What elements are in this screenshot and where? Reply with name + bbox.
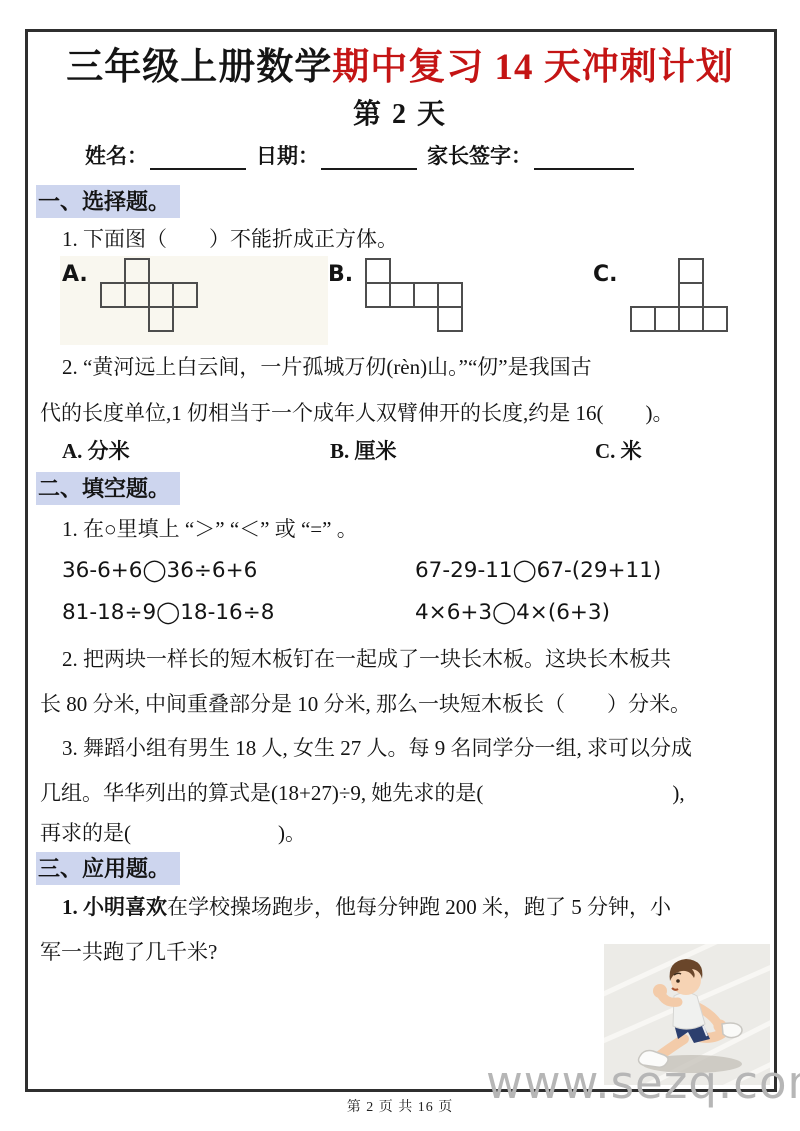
title-red-part: 期中复习 14 天冲刺计划 [332, 47, 734, 88]
net-option-c-label: C. [593, 262, 618, 287]
date-label: 日期： [256, 140, 319, 170]
fill-q1-text: 1. 在○里填上 “＞” “＜” 或 “=” 。 [62, 514, 358, 544]
net-option-b: B. [328, 258, 593, 345]
net-cell [100, 282, 126, 308]
net-cell [365, 258, 391, 284]
net-option-c: C. [593, 258, 726, 345]
comparison-expression-1: 36-6+6◯36÷6+6 [62, 558, 257, 583]
section-heading-choice-highlight: 一、选择题。 [36, 185, 180, 218]
net-cell [437, 306, 463, 332]
fill-q2-line1: 2. 把两块一样长的短木板钉在一起成了一块长木板。这块长木板共 [62, 644, 671, 674]
net-cell [678, 258, 704, 284]
fill-q3-line2: 几组。华华列出的算式是(18+27)÷9, 她先求的是( ), [40, 778, 685, 808]
application-q1-line2: 军一共跑了几千米? [40, 937, 217, 967]
application-q1-line1-rest: 在学校操场跑步，他每分钟跑 200 米，跑了 5 分钟，小 [167, 895, 671, 919]
net-cell [437, 282, 463, 308]
section-heading-application-highlight: 三、应用题。 [36, 852, 180, 885]
header-fields-row: 姓名： 日期： 家长签字： [85, 140, 634, 170]
cube-net-options-row: A. B. C. [62, 258, 726, 345]
comparison-expression-3: 81-18÷9◯18-16÷8 [62, 600, 274, 625]
net-option-a: A. [60, 256, 328, 345]
signature-blank-line [534, 144, 634, 170]
day-subtitle: 第 2 天 [0, 92, 800, 132]
choice-q2-option-a: A. 分米 [62, 435, 330, 465]
net-cell [124, 282, 150, 308]
choice-q2-line1: 2. “黄河远上白云间，一片孤城万仞(rèn)山。”“仞”是我国古 [62, 352, 592, 382]
date-blank-line [321, 144, 417, 170]
application-q1-line1: 1. 小明喜欢在学校操场跑步，他每分钟跑 200 米，跑了 5 分钟，小 [62, 892, 671, 922]
net-cell [654, 306, 680, 332]
net-cell [172, 282, 198, 308]
net-cell [389, 282, 415, 308]
comparison-expression-4: 4×6+3◯4×(6+3) [415, 600, 610, 625]
net-cell [148, 282, 174, 308]
comparison-expression-2: 67-29-11◯67-(29+11) [415, 558, 661, 583]
cube-net-diagram-a [100, 258, 196, 331]
cube-net-diagram-b [365, 258, 461, 331]
net-cell [148, 306, 174, 332]
name-blank-line [150, 144, 246, 170]
net-cell [678, 306, 704, 332]
section-heading-fill-highlight: 二、填空题。 [36, 472, 180, 505]
signature-label: 家长签字： [427, 140, 532, 170]
choice-q1-text: 1. 下面图（ ）不能折成正方体。 [62, 224, 398, 254]
application-q1-bold-part: 1. 小明喜欢 [62, 895, 167, 919]
worksheet-canvas: 三年级上册数学期中复习 14 天冲刺计划 第 2 天 姓名： 日期： 家长签字：… [0, 0, 800, 1131]
net-cell [124, 258, 150, 284]
title-black-part: 三年级上册数学 [66, 47, 332, 88]
net-cell [365, 282, 391, 308]
net-cell [413, 282, 439, 308]
net-cell [630, 306, 656, 332]
section-heading-fill: 二、填空题。 [36, 472, 180, 503]
choice-q2-option-c: C. 米 [595, 435, 642, 465]
fill-q3-line3: 再求的是( )。 [40, 818, 306, 848]
net-cell [702, 306, 728, 332]
choice-q2-option-b: B. 厘米 [330, 435, 595, 465]
section-heading-application: 三、应用题。 [36, 852, 180, 883]
fill-q3-line1: 3. 舞蹈小组有男生 18 人, 女生 27 人。每 9 名同学分一组, 求可以… [62, 733, 692, 763]
cube-net-diagram-c [630, 258, 726, 331]
page-title: 三年级上册数学期中复习 14 天冲刺计划 [0, 36, 800, 90]
net-option-b-label: B. [328, 262, 353, 287]
choice-q2-line2: 代的长度单位,1 仞相当于一个成年人双臂伸开的长度,约是 16( )。 [40, 398, 673, 428]
net-cell [678, 282, 704, 308]
name-label: 姓名： [85, 140, 148, 170]
choice-q2-options-row: A. 分米 B. 厘米 C. 米 [62, 435, 642, 465]
section-heading-choice: 一、选择题。 [36, 185, 180, 216]
net-option-a-label: A. [62, 262, 88, 287]
watermark-text: www.sezq.com [486, 1056, 800, 1109]
fill-q2-line2: 长 80 分米, 中间重叠部分是 10 分米, 那么一块短木板长（ ）分米。 [40, 689, 691, 719]
